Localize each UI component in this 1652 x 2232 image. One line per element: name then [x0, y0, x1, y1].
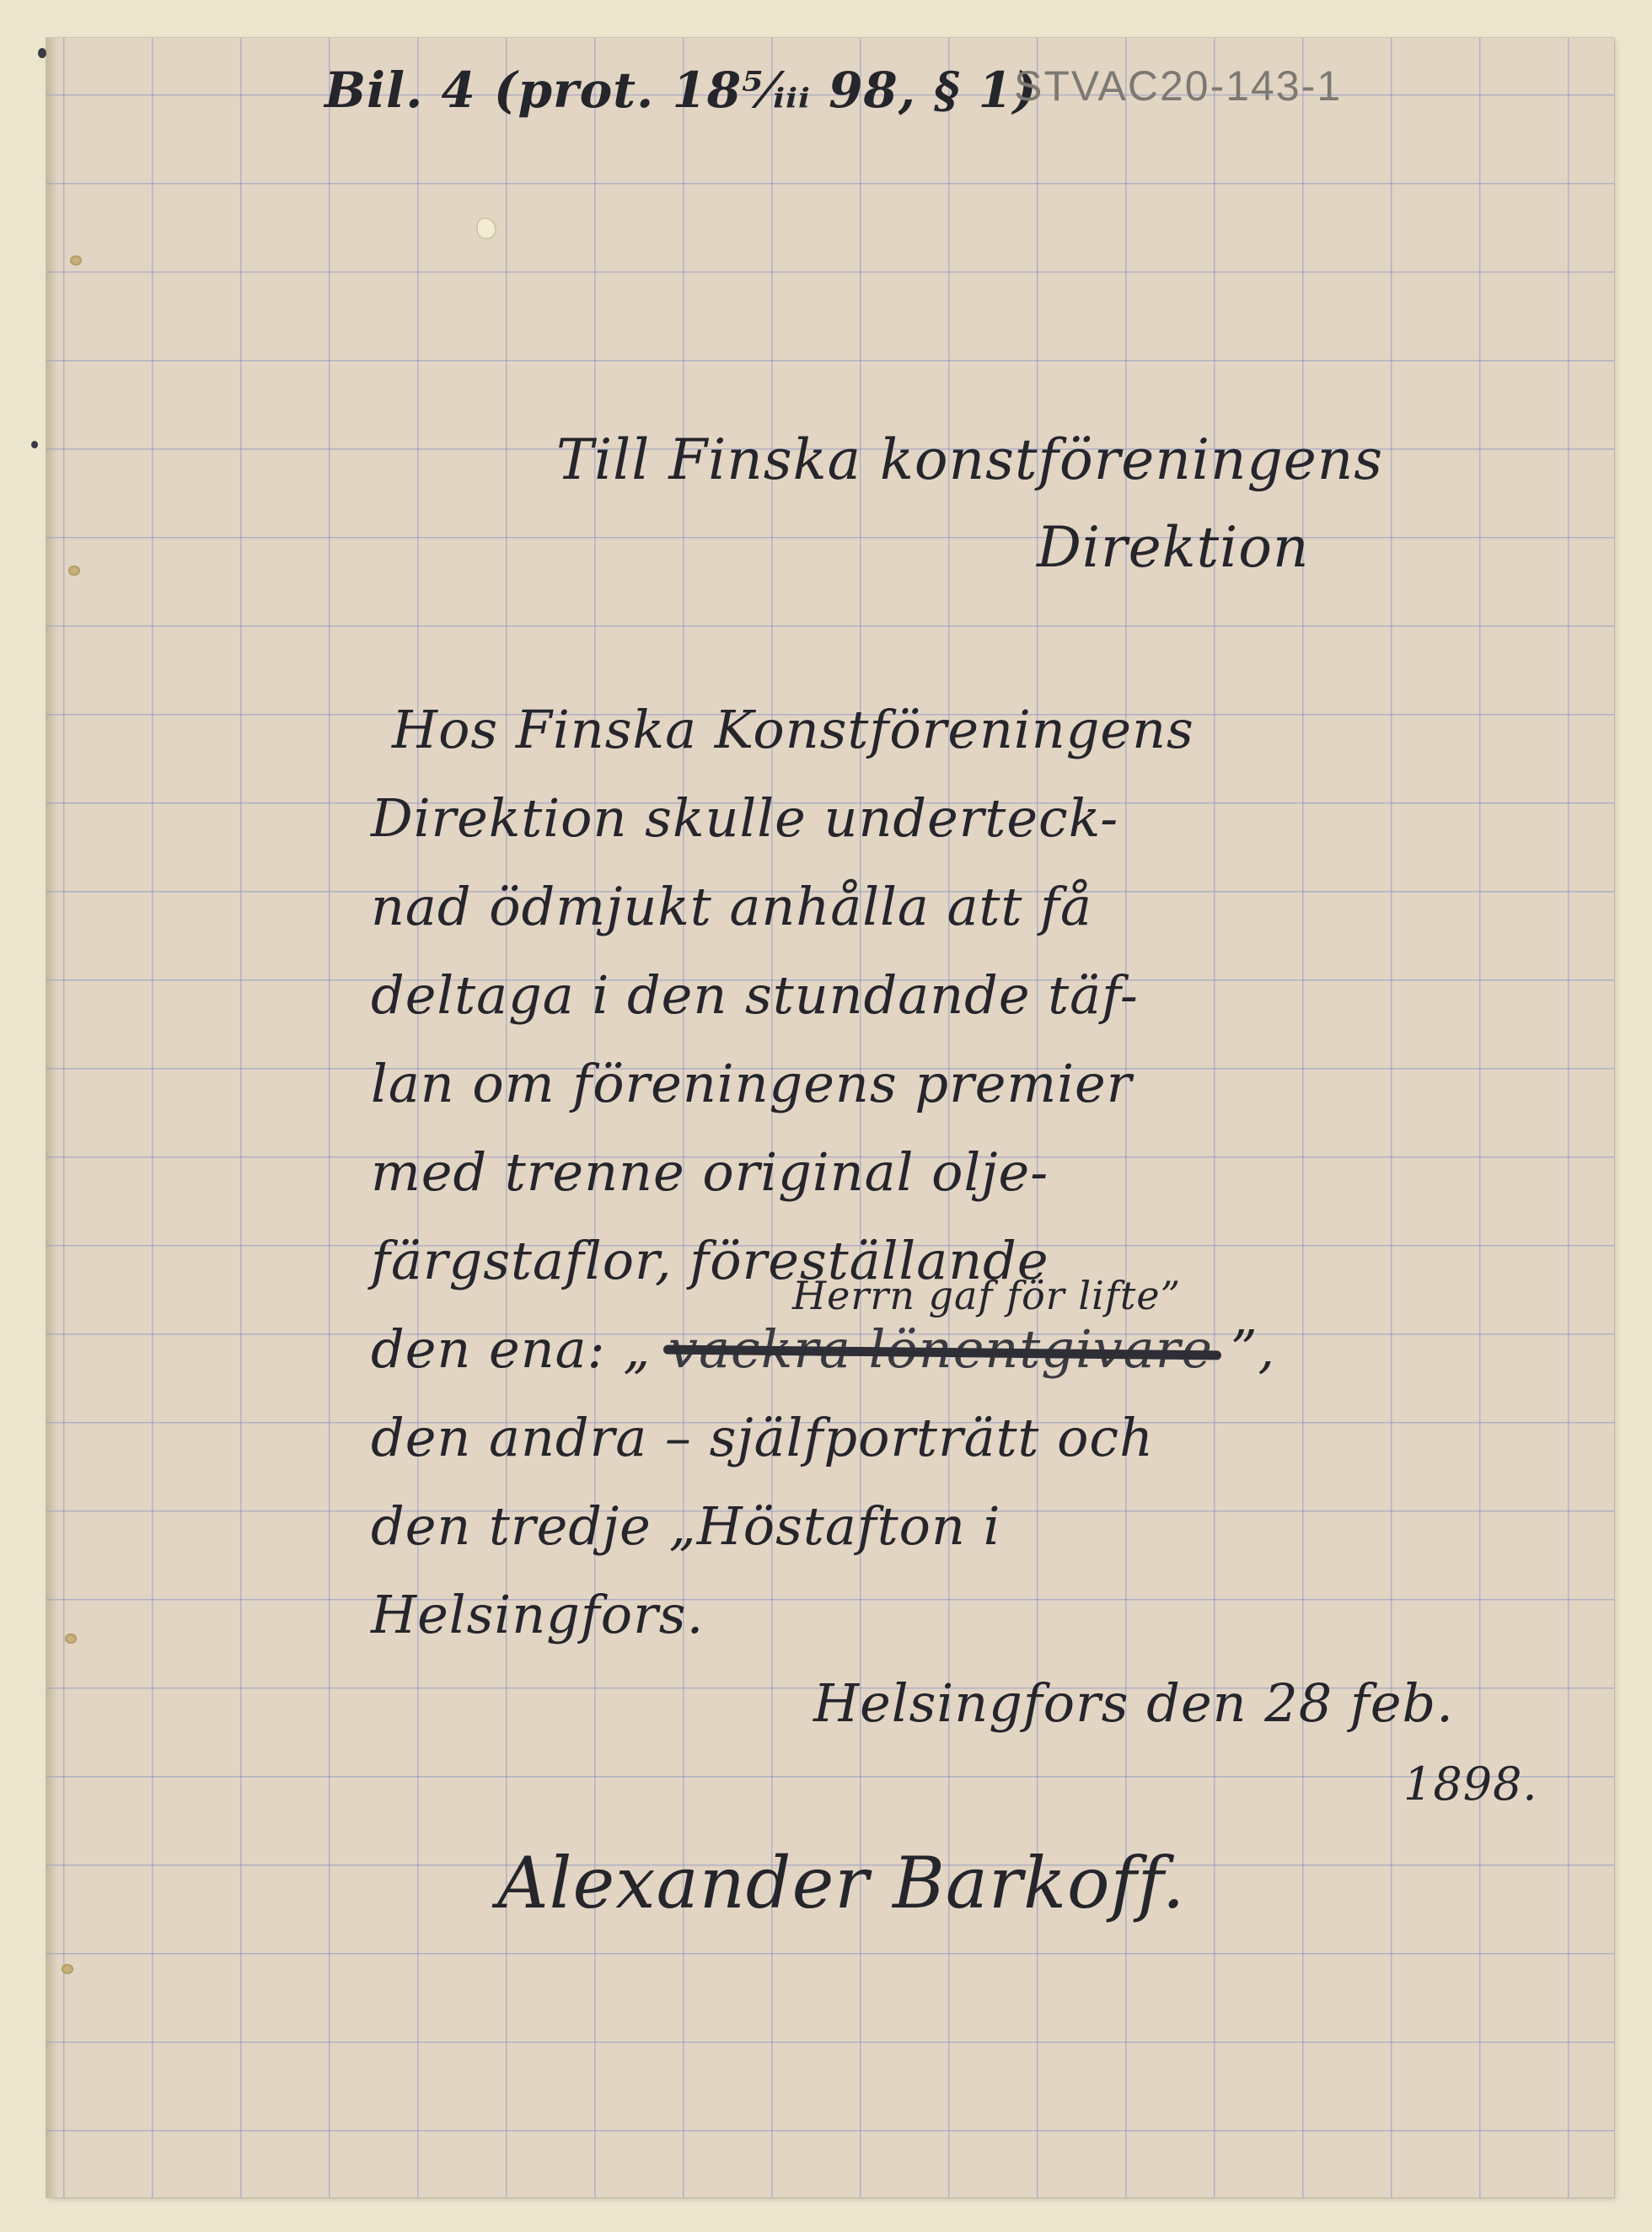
dateline-place-date: Helsingfors den 28 feb.: [813, 1677, 1454, 1730]
body-line-8-text: den ena: „: [371, 1318, 651, 1380]
archive-code: STVAC20-143-1: [1014, 62, 1342, 110]
body-line-6: med trenne original olje-: [371, 1146, 1049, 1199]
inserted-title: Herrn gaf för lifte”: [792, 1273, 1181, 1318]
paper-tear: [478, 219, 495, 238]
protocol-reference: Bil. 4 (prot. 18⁵⁄ᵢᵢᵢ 98, § 1): [324, 62, 1037, 119]
body-line-1: Hos Finska Konstföreningens: [392, 704, 1194, 756]
body-line-9: den andra – själfporträtt och: [371, 1412, 1154, 1464]
dateline-year: 1898.: [1403, 1757, 1538, 1811]
binding-hole: [68, 566, 80, 576]
binding-hole: [70, 255, 82, 266]
body-line-5: lan om föreningens premier: [371, 1058, 1132, 1110]
body-line-11: Helsingfors.: [371, 1589, 704, 1641]
document-page: Bil. 4 (prot. 18⁵⁄ᵢᵢᵢ 98, § 1) STVAC20-1…: [46, 38, 1614, 2197]
binding-hole: [62, 1964, 73, 1974]
body-line-2: Direktion skulle underteck-: [371, 792, 1118, 845]
closing-quote: ”,: [1231, 1318, 1275, 1380]
address-line-2: Direktion: [1037, 515, 1310, 580]
ink-blot: [38, 48, 46, 58]
binding-hole: [65, 1634, 77, 1644]
ink-blot: [31, 441, 38, 448]
struck-through-text: vackra lönentgivare: [668, 1318, 1213, 1380]
signature: Alexander Barkoff.: [497, 1842, 1185, 1924]
body-line-10: den tredje „Höstafton i: [371, 1500, 1000, 1553]
body-line-4: deltaga i den stundande täf-: [371, 969, 1139, 1022]
address-line-1: Till Finska konstföreningens: [556, 427, 1383, 492]
body-line-8: den ena: „ vackra lönentgivare ”,: [371, 1323, 1275, 1376]
body-line-3: nad ödmjukt anhålla att få: [371, 881, 1092, 933]
